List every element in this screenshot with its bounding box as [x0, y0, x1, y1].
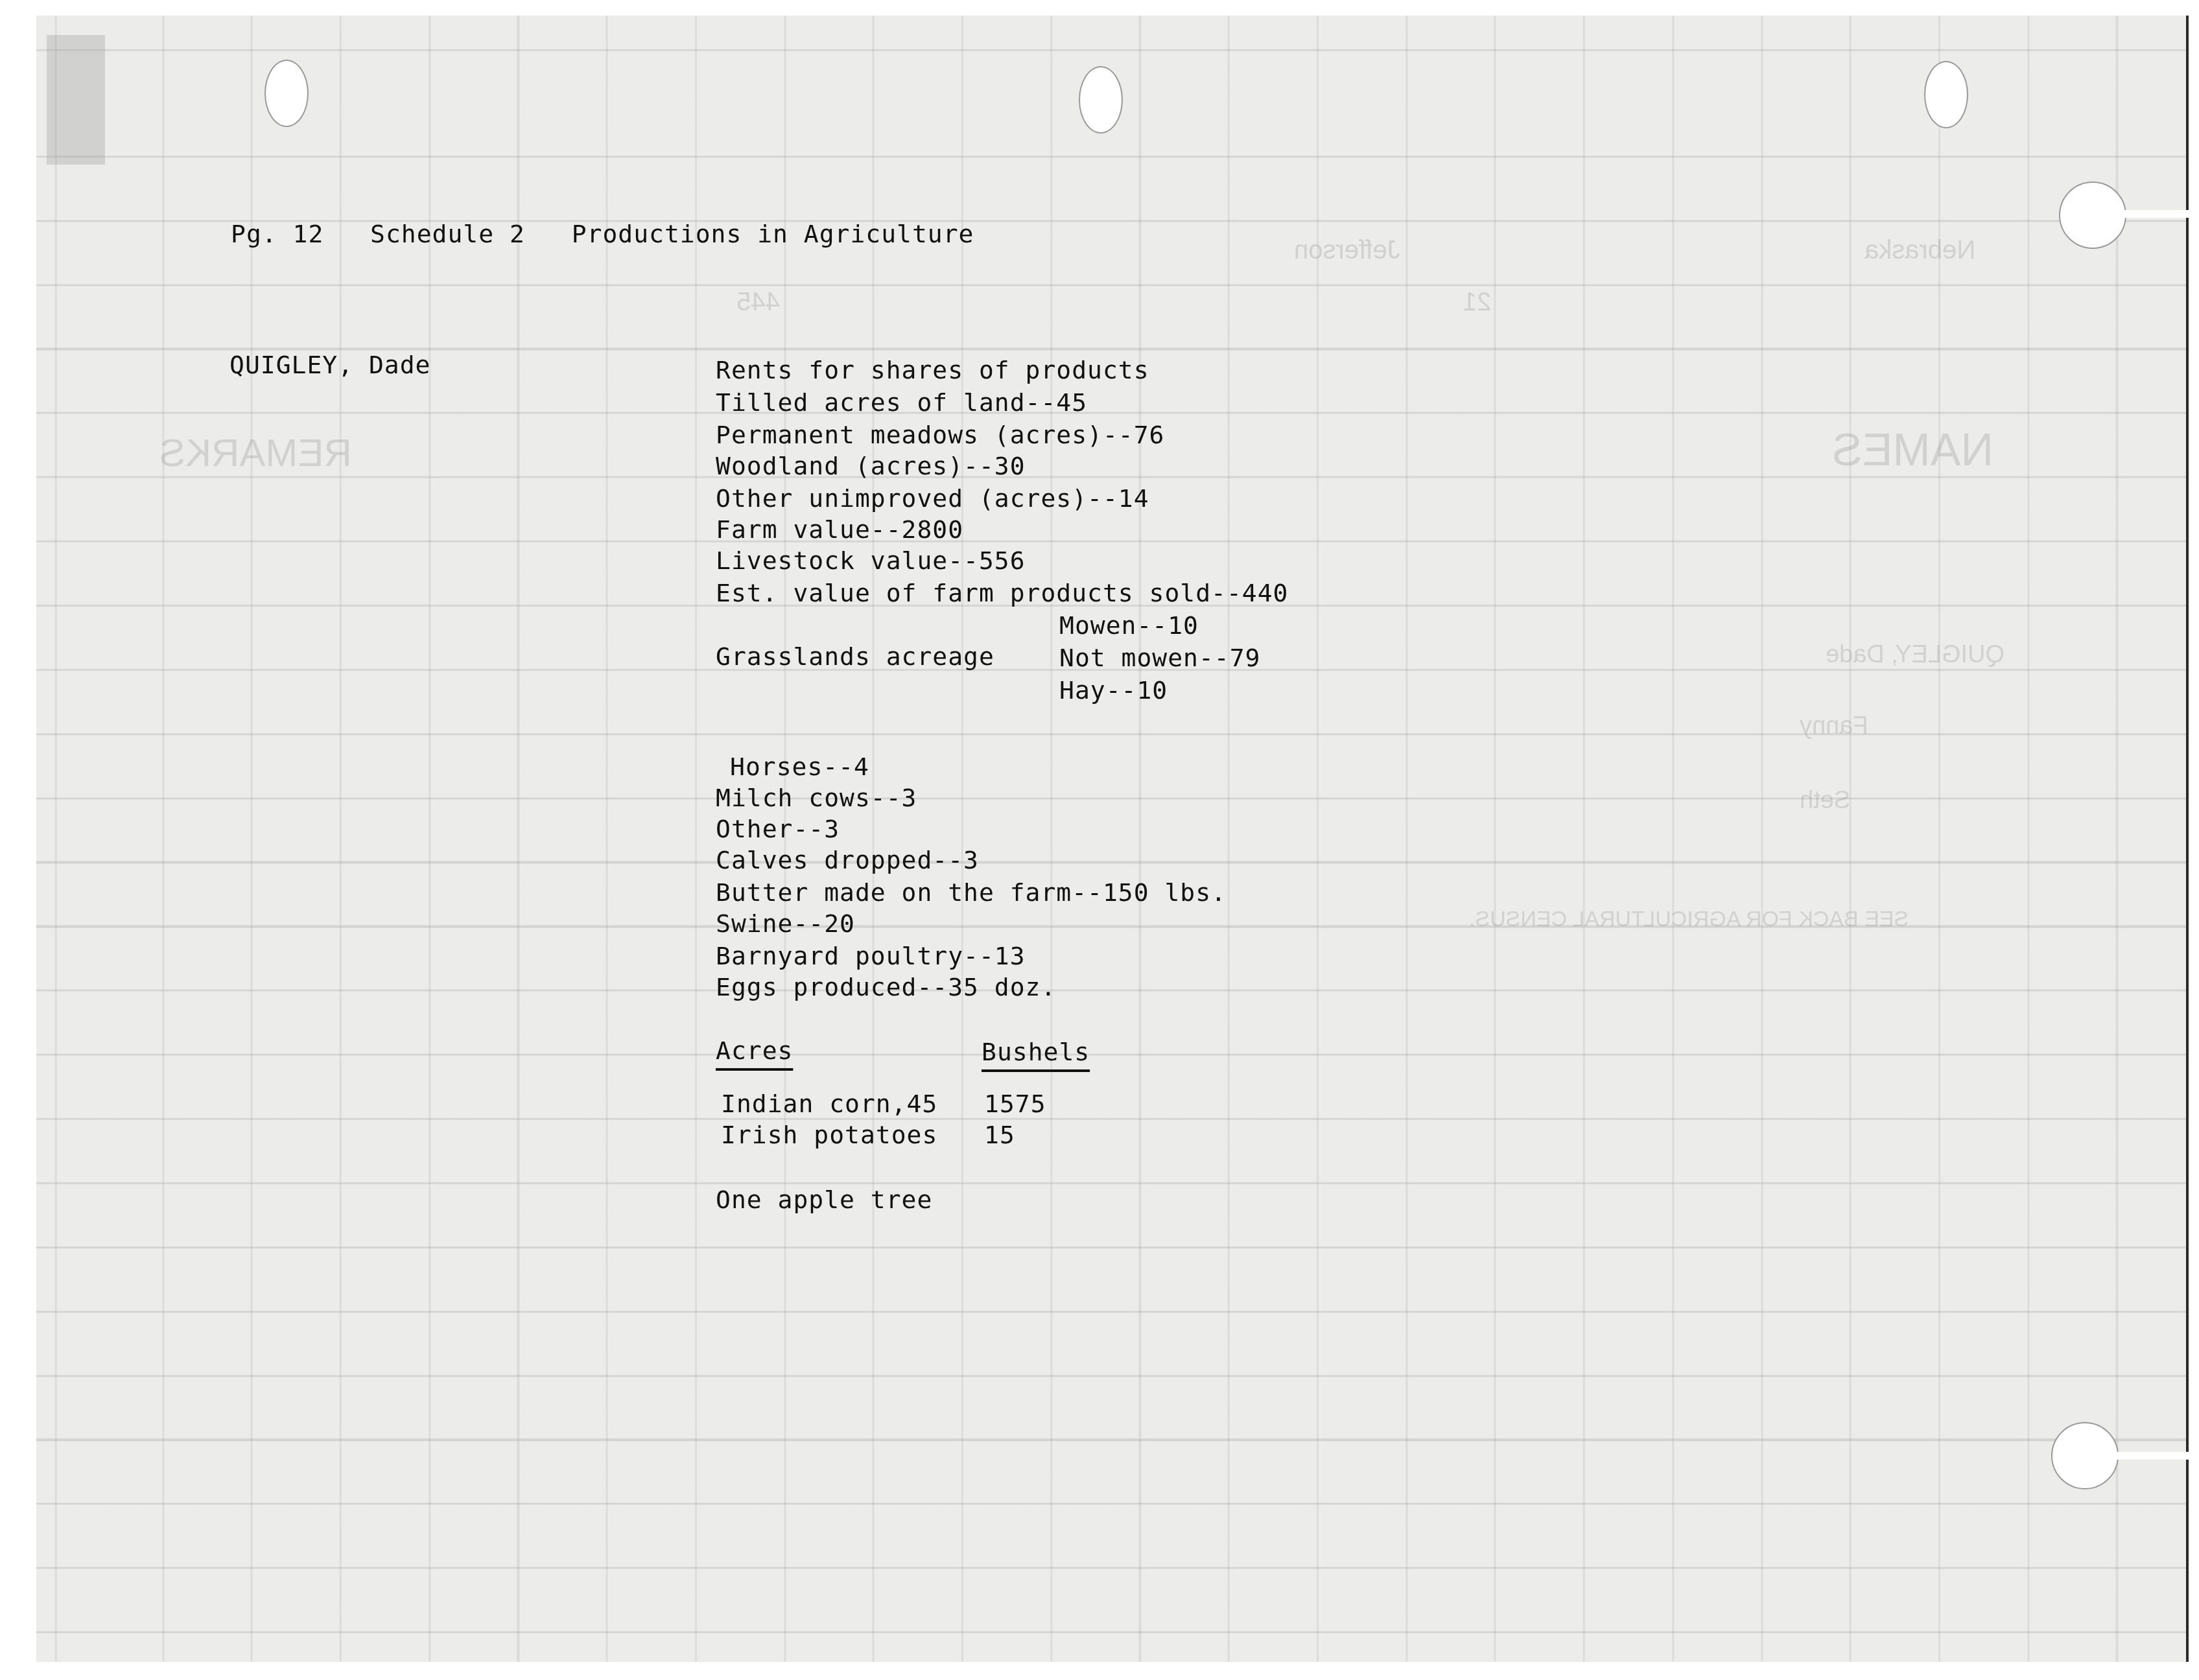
crop-row-indian-corn: Indian corn,45: [721, 1091, 937, 1116]
livestock-butter: Butter made on the farm--150 lbs.: [716, 880, 1227, 905]
binder-notch-bottom: [2051, 1422, 2119, 1489]
header-schedule: Schedule 2: [370, 220, 525, 248]
crop-bushels-irish-potatoes: 15: [984, 1123, 1015, 1147]
livestock-other: Other--3: [716, 817, 840, 841]
ghost-names-header: NAMES: [1832, 424, 1993, 476]
page-header: Pg. 12 Schedule 2 Productions in Agricul…: [231, 222, 974, 246]
farm-value: Farm value--2800: [716, 517, 963, 542]
ghost-county: Jefferson: [1294, 236, 1400, 265]
farmer-name: QUIGLEY, Dade: [229, 353, 430, 377]
livestock-horses: Horses--4: [730, 754, 869, 779]
grasslands-not-mowen: Not mowen--79: [1059, 646, 1260, 670]
binder-slot-bottom: [2111, 1452, 2189, 1460]
binder-notch-top: [2059, 181, 2126, 249]
grasslands-hay: Hay--10: [1059, 678, 1168, 703]
land-meadows: Permanent meadows (acres)--76: [716, 423, 1164, 447]
binder-slot-top: [2117, 210, 2189, 218]
header-title: Productions in Agriculture: [572, 220, 974, 248]
livestock-milch-cows: Milch cows--3: [716, 786, 917, 810]
livestock-poultry: Barnyard poultry--13: [716, 944, 1026, 968]
ghost-page-no: 21: [1463, 288, 1492, 317]
crop-bushels-indian-corn: 1575: [984, 1091, 1046, 1116]
livestock-swine: Swine--20: [716, 911, 855, 936]
land-other-unimproved: Other unimproved (acres)--14: [716, 486, 1149, 511]
livestock-calves: Calves dropped--3: [716, 848, 979, 872]
ghost-district: 445: [736, 288, 780, 317]
livestock-eggs: Eggs produced--35 doz.: [716, 975, 1056, 999]
tenure: Rents for shares of products: [716, 358, 1149, 382]
punch-hole-left: [265, 60, 309, 127]
livestock-value: Livestock value--556: [716, 548, 1026, 573]
grasslands-mowen: Mowen--10: [1059, 613, 1199, 638]
products-sold-value: Est. value of farm products sold--440: [716, 581, 1289, 605]
crops-header-bushels: Bushels: [982, 1040, 1090, 1064]
header-page: Pg. 12: [231, 220, 323, 248]
ghost-remarks-header: REMARKS: [159, 430, 352, 475]
ghost-footer: SEE BACK FOR AGRICULTURAL CENSUS.: [1469, 907, 1909, 932]
ghost-state: Nebraska: [1864, 236, 1975, 265]
ghost-row-1: QUIGLEY, Dade: [1826, 641, 2005, 669]
ghost-row-2: Fanny: [1800, 712, 1868, 740]
ghost-row-3: Seth: [1800, 787, 1850, 815]
land-woodland: Woodland (acres)--30: [716, 454, 1026, 478]
punch-hole-right: [1924, 61, 1968, 128]
punch-hole-center: [1079, 66, 1123, 134]
apple-tree-note: One apple tree: [716, 1187, 932, 1212]
crop-row-irish-potatoes: Irish potatoes: [721, 1123, 937, 1147]
census-page: Nebraska Jefferson 21 445 NAMES REMARKS …: [36, 16, 2189, 1662]
paper-stain: [47, 35, 105, 165]
crops-header-acres: Acres: [716, 1038, 793, 1063]
grasslands-label: Grasslands acreage: [716, 644, 994, 669]
land-tilled: Tilled acres of land--45: [716, 390, 1087, 415]
